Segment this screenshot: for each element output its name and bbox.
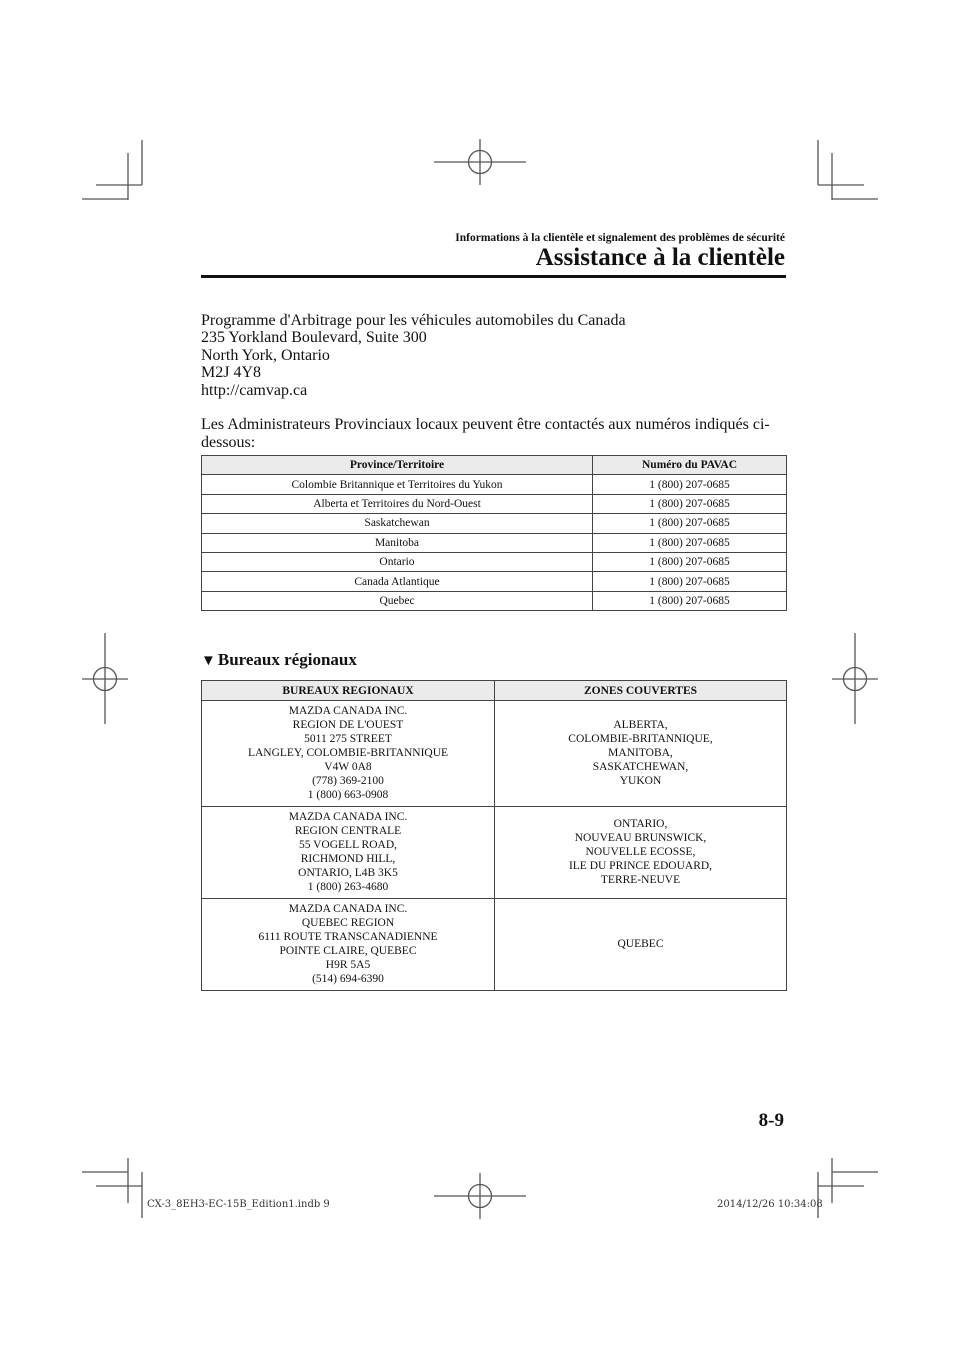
address-line-organization: Programme d'Arbitrage pour les véhicules… — [201, 312, 791, 329]
column-header-offices: BUREAUX REGIONAUX — [202, 681, 495, 701]
office-address-line: ONTARIO, L4B 3K5 — [202, 866, 494, 880]
table-row: Alberta et Territoires du Nord-Ouest1 (8… — [202, 494, 787, 513]
zone-name: TERRE-NEUVE — [495, 873, 786, 887]
office-address-line: V4W 0A8 — [202, 760, 494, 774]
phone-cell: 1 (800) 207-0685 — [593, 552, 787, 571]
table-header-row: BUREAUX REGIONAUX ZONES COUVERTES — [202, 681, 787, 701]
phone-cell: 1 (800) 207-0685 — [593, 475, 787, 494]
phone-cell: 1 (800) 207-0685 — [593, 572, 787, 591]
zone-name: QUEBEC — [495, 937, 786, 951]
table-row: MAZDA CANADA INC.QUEBEC REGION6111 ROUTE… — [202, 899, 787, 991]
zones-cell: ONTARIO,NOUVEAU BRUNSWICK,NOUVELLE ECOSS… — [495, 807, 787, 899]
print-slug-filename: CX-3_8EH3-EC-15B_Edition1.indb 9 — [147, 1199, 330, 1210]
office-address-line: MAZDA CANADA INC. — [202, 902, 494, 916]
office-address-line: (778) 369-2100 — [202, 774, 494, 788]
office-address-line: MAZDA CANADA INC. — [202, 704, 494, 718]
table-header-row: Province/Territoire Numéro du PAVAC — [202, 456, 787, 475]
pavac-table: Province/Territoire Numéro du PAVAC Colo… — [201, 455, 787, 611]
office-address-line: REGION CENTRALE — [202, 824, 494, 838]
province-cell: Quebec — [202, 591, 593, 610]
phone-cell: 1 (800) 207-0685 — [593, 494, 787, 513]
regional-offices-table: BUREAUX REGIONAUX ZONES COUVERTES MAZDA … — [201, 680, 787, 991]
province-cell: Canada Atlantique — [202, 572, 593, 591]
zone-name: ONTARIO, — [495, 817, 786, 831]
printer-marks — [0, 0, 960, 1358]
zone-name: ALBERTA, — [495, 718, 786, 732]
address-block: Programme d'Arbitrage pour les véhicules… — [201, 312, 791, 451]
office-address-line: 1 (800) 663-0908 — [202, 788, 494, 802]
section-title: Assistance à la clientèle — [536, 244, 785, 272]
zone-name: NOUVEAU BRUNSWICK, — [495, 831, 786, 845]
column-header-zones: ZONES COUVERTES — [495, 681, 787, 701]
pavac-table-body: Colombie Britannique et Territoires du Y… — [202, 475, 787, 611]
office-address-line: RICHMOND HILL, — [202, 852, 494, 866]
zone-name: NOUVELLE ECOSSE, — [495, 845, 786, 859]
intro-paragraph: Les Administrateurs Provinciaux locaux p… — [201, 416, 791, 451]
address-line-street: 235 Yorkland Boulevard, Suite 300 — [201, 329, 791, 346]
zone-name: ILE DU PRINCE EDOUARD, — [495, 859, 786, 873]
table-row: Canada Atlantique1 (800) 207-0685 — [202, 572, 787, 591]
table-row: Saskatchewan1 (800) 207-0685 — [202, 514, 787, 533]
zone-name: SASKATCHEWAN, — [495, 760, 786, 774]
header-rule — [201, 275, 786, 278]
address-line-city: North York, Ontario — [201, 347, 791, 364]
table-row: MAZDA CANADA INC.REGION DE L'OUEST5011 2… — [202, 701, 787, 807]
zones-cell: ALBERTA,COLOMBIE-BRITANNIQUE,MANITOBA,SA… — [495, 701, 787, 807]
table-row: Manitoba1 (800) 207-0685 — [202, 533, 787, 552]
office-cell: MAZDA CANADA INC.REGION DE L'OUEST5011 2… — [202, 701, 495, 807]
print-slug-timestamp: 2014/12/26 10:34:08 — [717, 1199, 823, 1210]
phone-cell: 1 (800) 207-0685 — [593, 514, 787, 533]
table-row: Ontario1 (800) 207-0685 — [202, 552, 787, 571]
province-cell: Ontario — [202, 552, 593, 571]
column-header-pavac-number: Numéro du PAVAC — [593, 456, 787, 475]
office-address-line: (514) 694-6390 — [202, 972, 494, 986]
website-link[interactable]: http://camvap.ca — [201, 382, 791, 399]
regional-offices-heading-text: Bureaux régionaux — [218, 650, 357, 669]
office-address-line: REGION DE L'OUEST — [202, 718, 494, 732]
province-cell: Manitoba — [202, 533, 593, 552]
office-address-line: 55 VOGELL ROAD, — [202, 838, 494, 852]
zone-name: MANITOBA, — [495, 746, 786, 760]
office-address-line: 1 (800) 263-4680 — [202, 880, 494, 894]
province-cell: Saskatchewan — [202, 514, 593, 533]
office-address-line: 5011 275 STREET — [202, 732, 494, 746]
office-address-line: LANGLEY, COLOMBIE-BRITANNIQUE — [202, 746, 494, 760]
office-address-line: POINTE CLAIRE, QUEBEC — [202, 944, 494, 958]
province-cell: Alberta et Territoires du Nord-Ouest — [202, 494, 593, 513]
province-cell: Colombie Britannique et Territoires du Y… — [202, 475, 593, 494]
office-address-line: MAZDA CANADA INC. — [202, 810, 494, 824]
office-cell: MAZDA CANADA INC.REGION CENTRALE55 VOGEL… — [202, 807, 495, 899]
regional-offices-heading: ▼Bureaux régionaux — [201, 650, 357, 670]
table-row: MAZDA CANADA INC.REGION CENTRALE55 VOGEL… — [202, 807, 787, 899]
phone-cell: 1 (800) 207-0685 — [593, 591, 787, 610]
office-address-line: 6111 ROUTE TRANSCANADIENNE — [202, 930, 494, 944]
page-number: 8-9 — [759, 1110, 784, 1132]
zones-cell: QUEBEC — [495, 899, 787, 991]
office-cell: MAZDA CANADA INC.QUEBEC REGION6111 ROUTE… — [202, 899, 495, 991]
address-line-postal-code: M2J 4Y8 — [201, 364, 791, 381]
zone-name: YUKON — [495, 774, 786, 788]
regional-offices-table-body: MAZDA CANADA INC.REGION DE L'OUEST5011 2… — [202, 701, 787, 991]
triangle-down-icon: ▼ — [201, 653, 216, 670]
office-address-line: H9R 5A5 — [202, 958, 494, 972]
phone-cell: 1 (800) 207-0685 — [593, 533, 787, 552]
column-header-province: Province/Territoire — [202, 456, 593, 475]
table-row: Colombie Britannique et Territoires du Y… — [202, 475, 787, 494]
spacer — [201, 399, 791, 416]
office-address-line: QUEBEC REGION — [202, 916, 494, 930]
zone-name: COLOMBIE-BRITANNIQUE, — [495, 732, 786, 746]
running-head: Informations à la clientèle et signaleme… — [455, 232, 785, 244]
table-row: Quebec1 (800) 207-0685 — [202, 591, 787, 610]
